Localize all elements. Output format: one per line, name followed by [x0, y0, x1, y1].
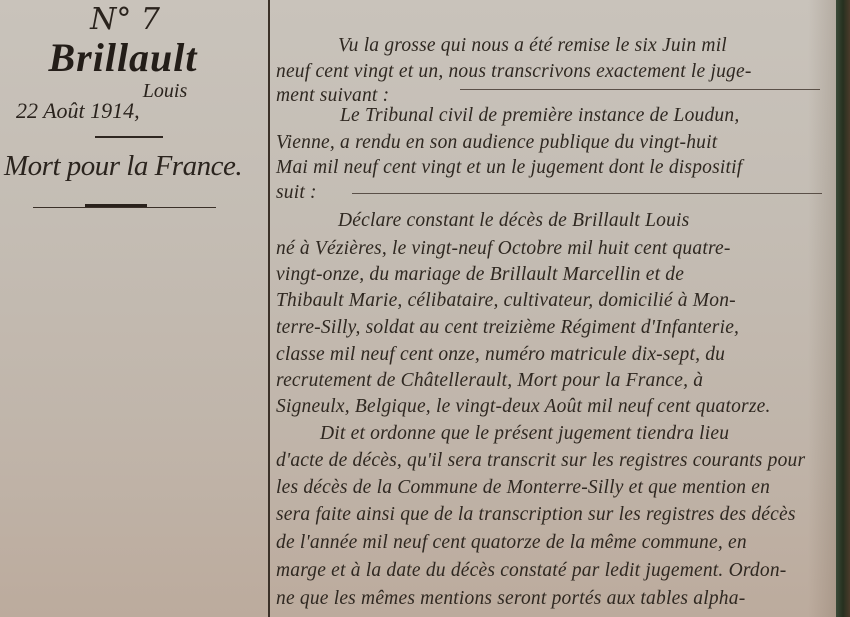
- text-line: ment suivant :: [276, 85, 389, 107]
- divider: [460, 89, 820, 90]
- book-binding: [836, 0, 850, 617]
- text-line: vingt-onze, du mariage de Brillault Marc…: [276, 264, 684, 286]
- text-line: marge et à la date du décès constaté par…: [276, 560, 786, 582]
- text-line: né à Vézières, le vingt-neuf Octobre mil…: [276, 238, 731, 260]
- text-line: Dit et ordonne que le présent jugement t…: [320, 423, 729, 445]
- text-line: ne que les mêmes mentions seront portés …: [276, 588, 745, 610]
- text-line: Vu la grosse qui nous a été remise le si…: [338, 35, 727, 57]
- mort-pour-la-france-mention: Mort pour la France.: [4, 150, 264, 183]
- text-line: Mai mil neuf cent vingt et un le jugemen…: [276, 157, 742, 179]
- text-line: Vienne, a rendu en son audience publique…: [276, 132, 717, 154]
- death-date: 22 Août 1914,: [16, 98, 256, 124]
- divider: [33, 207, 216, 208]
- text-line: Signeulx, Belgique, le vingt-deux Août m…: [276, 396, 771, 418]
- margin-column: N° 7 Brillault Louis 22 Août 1914, Mort …: [0, 0, 268, 617]
- text-line: neuf cent vingt et un, nous transcrivons…: [276, 61, 752, 83]
- text-line: sera faite ainsi que de la transcription…: [276, 504, 796, 526]
- text-line: Déclare constant le décès de Brillault L…: [338, 210, 689, 232]
- text-line: suit :: [276, 182, 317, 204]
- text-line: les décès de la Commune de Monterre-Sill…: [276, 477, 770, 499]
- divider: [85, 204, 147, 207]
- transcription-body: Vu la grosse qui nous a été remise le si…: [272, 0, 832, 617]
- text-line: Le Tribunal civil de première instance d…: [340, 105, 739, 127]
- text-line: Thibault Marie, célibataire, cultivateur…: [276, 290, 736, 312]
- text-line: d'acte de décès, qu'il sera transcrit su…: [276, 450, 805, 472]
- divider: [352, 193, 822, 194]
- text-line: de l'année mil neuf cent quatorze de la …: [276, 532, 747, 554]
- deceased-surname: Brillault: [8, 34, 238, 81]
- divider: [95, 136, 163, 138]
- entry-number: N° 7: [70, 2, 180, 37]
- text-line: recrutement de Châtellerault, Mort pour …: [276, 370, 703, 392]
- text-line: terre-Silly, soldat au cent treizième Ré…: [276, 317, 739, 339]
- text-line: classe mil neuf cent onze, numéro matric…: [276, 344, 725, 366]
- register-page: N° 7 Brillault Louis 22 Août 1914, Mort …: [0, 0, 838, 617]
- margin-rule: [268, 0, 270, 617]
